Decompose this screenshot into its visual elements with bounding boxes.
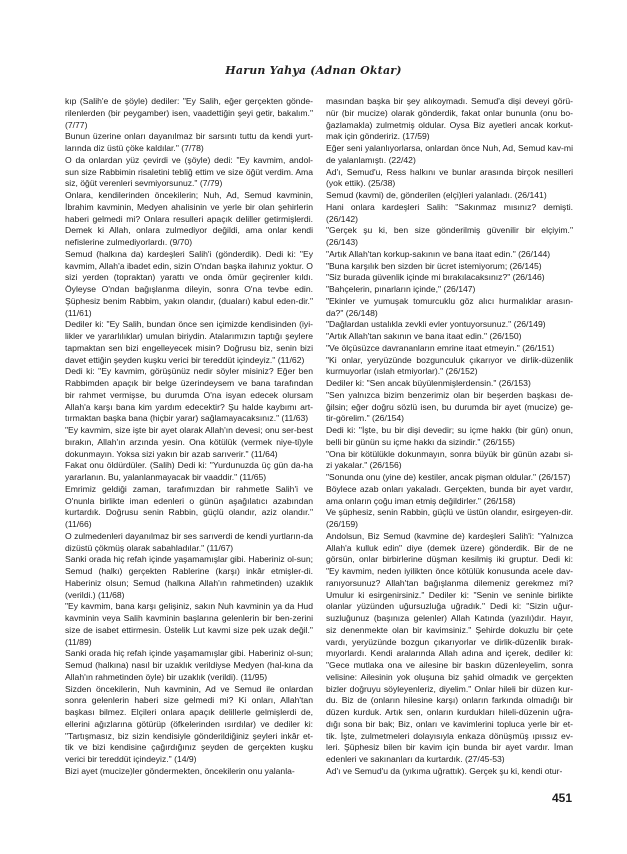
paragraph: "Ki onlar, yeryüzünde bozgunculuk çıkarı… (326, 355, 573, 379)
paragraph: "Ona bir kötülükle dokunmayın, sonra büy… (326, 449, 573, 473)
paragraph: Andolsun, Biz Semud (kavmine de) kardeşl… (326, 531, 573, 766)
page-number: 451 (538, 791, 572, 805)
paragraph: "Siz burada güvenlik içinde mi bırakılac… (326, 272, 573, 284)
paragraph: Ad'ı ve Semud'u da (yıkıma uğrattık). Ge… (326, 766, 573, 778)
paragraph: Dedi ki: "İşte, bu bir dişi devedir; su … (326, 425, 573, 449)
paragraph: "Sonunda onu (yine de) kestiler, ancak p… (326, 472, 573, 484)
paragraph: "Ey kavmim, size işte bir ayet olarak Al… (65, 425, 313, 460)
paragraph: kıp (Salih'e de şöyle) dediler: "Ey Sali… (65, 96, 313, 131)
paragraph: O da onlardan yüz çevirdi ve (şöyle) ded… (65, 155, 313, 190)
paragraph: Onlara, kendilerinden öncekilerin; Nuh, … (65, 190, 313, 249)
book-page: Harun Yahya (Adnan Oktar) kıp (Salih'e d… (0, 0, 627, 854)
paragraph: "Artık Allah'tan sakının ve bana itaat e… (326, 331, 573, 343)
paragraph: Ad'ı, Semud'u, Ress halkını ve bunlar ar… (326, 167, 573, 191)
paragraph: Emrimiz geldiği zaman, tarafımızdan bir … (65, 484, 313, 531)
paragraph: "Bahçelerin, pınarların içinde," (26/147… (326, 284, 573, 296)
paragraph: Dedi ki: "Ey kavmim, görüşünüz nedir söy… (65, 366, 313, 425)
paragraph: Hani onlara kardeşleri Salih: "Sakınmaz … (326, 202, 573, 226)
paragraph: Sizden öncekilerin, Nuh kavminin, Ad ve … (65, 684, 313, 766)
paragraph: Ve şüphesiz, senin Rabbin, güçlü ve üstü… (326, 507, 573, 531)
running-head-title: Harun Yahya (Adnan Oktar) (0, 64, 627, 77)
paragraph: masından başka bir şey alıkoymadı. Semud… (326, 96, 573, 143)
paragraph: Dediler ki: "Sen ancak büyülenmişlerdens… (326, 378, 573, 390)
paragraph: Sanki orada hiç refah içinde yaşamamışla… (65, 648, 313, 683)
paragraph: "Artık Allah'tan korkup-sakının ve bana … (326, 249, 573, 261)
paragraph: "Ey kavmim, bana karşı gelişiniz, sakın … (65, 601, 313, 648)
paragraph: Fakat onu öldürdüler. (Salih) Dedi ki: "… (65, 460, 313, 484)
paragraph: "Dağlardan ustalıkla zevkli evler yontuy… (326, 319, 573, 331)
paragraph: Böylece azab onları yakaladı. Gerçekten,… (326, 484, 573, 508)
paragraph: Bizi ayet (mucize)ler göndermekten, önce… (65, 766, 313, 778)
paragraph: Semud (kavmi) de, gönderilen (elçi)leri … (326, 190, 573, 202)
paragraph: "Sen yalnızca bizim benzerimiz olan bir … (326, 390, 573, 425)
left-column: kıp (Salih'e de şöyle) dediler: "Ey Sali… (65, 96, 313, 778)
paragraph: O zulmedenleri dayanılmaz bir ses sarıve… (65, 531, 313, 555)
paragraph: "Ve ölçüsüzce davrananların emrine itaat… (326, 343, 573, 355)
paragraph: Sanki orada hiç refah içinde yaşamamışla… (65, 554, 313, 601)
paragraph: "Buna karşılık ben sizden bir ücret iste… (326, 261, 573, 273)
right-column: masından başka bir şey alıkoymadı. Semud… (326, 96, 573, 778)
paragraph: Eğer seni yalanlıyorlarsa, onlardan önce… (326, 143, 573, 167)
paragraph: "Gerçek şu ki, ben size gönderilmiş güve… (326, 225, 573, 249)
paragraph: Dediler ki: "Ey Salih, bundan önce sen i… (65, 319, 313, 366)
paragraph: Semud (halkına da) kardeşleri Salih'i (g… (65, 249, 313, 320)
paragraph: Bunun üzerine onları dayanılmaz bir sars… (65, 131, 313, 155)
paragraph: "Ekinler ve yumuşak tomurcuklu göz alıcı… (326, 296, 573, 320)
